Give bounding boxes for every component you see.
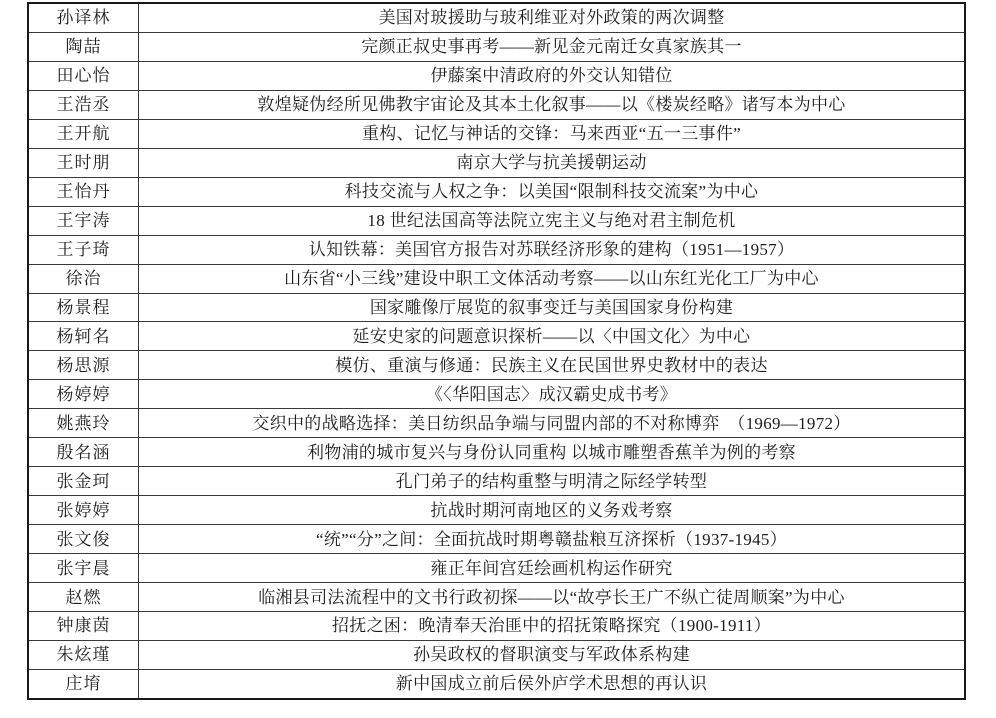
thesis-title: 新中国成立前后侯外庐学术思想的再认识 (139, 670, 964, 698)
thesis-title: 交织中的战略选择：美日纺织品争端与同盟内部的不对称博弈 （1969—1972） (139, 409, 964, 437)
table-row: 张文俊“统”“分”之间：全面抗战时期粤赣盐粮互济探析（1937-1945） (29, 525, 964, 554)
thesis-title: 模仿、重演与修通：民族主义在民国世界史教材中的表达 (139, 351, 964, 379)
thesis-title: 18 世纪法国高等法院立宪主义与绝对君主制危机 (139, 207, 964, 235)
thesis-title: 认知铁幕：美国官方报告对苏联经济形象的建构（1951—1957） (139, 236, 964, 264)
table-row: 杨轲名延安史家的问题意识探析——以〈中国文化〉为中心 (29, 322, 964, 351)
student-name: 庄堉 (29, 670, 139, 698)
student-name: 杨景程 (29, 294, 139, 322)
student-name: 张宇晨 (29, 554, 139, 582)
thesis-title: 科技交流与人权之争：以美国“限制科技交流案”为中心 (139, 178, 964, 206)
thesis-title: 山东省“小三线”建设中职工文体活动考察——以山东红光化工厂为中心 (139, 265, 964, 293)
student-name: 王宇涛 (29, 207, 139, 235)
thesis-title: 招抚之困：晚清奉天治匪中的招抚策略探究（1900-1911） (139, 612, 964, 640)
student-name: 朱炫瑾 (29, 641, 139, 669)
student-name: 孙译林 (29, 4, 139, 32)
student-name: 王子琦 (29, 236, 139, 264)
thesis-title: 雍正年间宫廷绘画机构运作研究 (139, 554, 964, 582)
table-row: 孙译林美国对玻援助与玻利维亚对外政策的两次调整 (29, 4, 964, 33)
table-row: 姚燕玲交织中的战略选择：美日纺织品争端与同盟内部的不对称博弈 （1969—197… (29, 409, 964, 438)
student-name: 徐治 (29, 265, 139, 293)
table-row: 张婷婷抗战时期河南地区的义务戏考察 (29, 496, 964, 525)
student-name: 张金珂 (29, 467, 139, 495)
student-name: 张婷婷 (29, 496, 139, 524)
student-name: 殷名涵 (29, 438, 139, 466)
table-body: 孙译林美国对玻援助与玻利维亚对外政策的两次调整陶喆完颜正叔史事再考——新见金元南… (29, 4, 964, 698)
table-row: 张金珂孔门弟子的结构重整与明清之际经学转型 (29, 467, 964, 496)
table-row: 殷名涵利物浦的城市复兴与身份认同重构 以城市雕塑香蕉羊为例的考察 (29, 438, 964, 467)
student-name: 王时朋 (29, 149, 139, 177)
table-row: 杨思源模仿、重演与修通：民族主义在民国世界史教材中的表达 (29, 351, 964, 380)
thesis-title: 伊藤案中清政府的外交认知错位 (139, 62, 964, 90)
table-row: 朱炫瑾孙吴政权的督职演变与军政体系构建 (29, 641, 964, 670)
thesis-title: 孙吴政权的督职演变与军政体系构建 (139, 641, 964, 669)
thesis-title: 美国对玻援助与玻利维亚对外政策的两次调整 (139, 4, 964, 32)
thesis-title: 完颜正叔史事再考——新见金元南迁女真家族其一 (139, 33, 964, 61)
thesis-title: 延安史家的问题意识探析——以〈中国文化〉为中心 (139, 322, 964, 350)
student-name: 杨思源 (29, 351, 139, 379)
thesis-title: 敦煌疑伪经所见佛教宇宙论及其本土化叙事——以《楼炭经略》诸写本为中心 (139, 91, 964, 119)
table-row: 赵燃临湘县司法流程中的文书行政初探——以“故亭长王广不纵亡徒周顺案”为中心 (29, 583, 964, 612)
table-row: 钟康茵招抚之困：晚清奉天治匪中的招抚策略探究（1900-1911） (29, 612, 964, 641)
table-row: 王宇涛18 世纪法国高等法院立宪主义与绝对君主制危机 (29, 207, 964, 236)
thesis-title: 南京大学与抗美援朝运动 (139, 149, 964, 177)
thesis-title: 利物浦的城市复兴与身份认同重构 以城市雕塑香蕉羊为例的考察 (139, 438, 964, 466)
student-name: 陶喆 (29, 33, 139, 61)
thesis-title: “统”“分”之间：全面抗战时期粤赣盐粮互济探析（1937-1945） (139, 525, 964, 553)
thesis-title: 孔门弟子的结构重整与明清之际经学转型 (139, 467, 964, 495)
table-row: 王时朋南京大学与抗美援朝运动 (29, 149, 964, 178)
student-name: 姚燕玲 (29, 409, 139, 437)
table-row: 杨景程国家雕像厅展览的叙事变迁与美国国家身份构建 (29, 294, 964, 323)
student-name: 杨轲名 (29, 322, 139, 350)
thesis-title: 抗战时期河南地区的义务戏考察 (139, 496, 964, 524)
table-row: 张宇晨雍正年间宫廷绘画机构运作研究 (29, 554, 964, 583)
student-name: 田心怡 (29, 62, 139, 90)
table-row: 庄堉新中国成立前后侯外庐学术思想的再认识 (29, 670, 964, 698)
student-name: 王浩丞 (29, 91, 139, 119)
table-row: 王开航重构、记忆与神话的交锋：马来西亚“五一三事件” (29, 120, 964, 149)
thesis-title: 重构、记忆与神话的交锋：马来西亚“五一三事件” (139, 120, 964, 148)
table-row: 王怡丹科技交流与人权之争：以美国“限制科技交流案”为中心 (29, 178, 964, 207)
table-row: 徐治山东省“小三线”建设中职工文体活动考察——以山东红光化工厂为中心 (29, 265, 964, 294)
student-name: 张文俊 (29, 525, 139, 553)
thesis-title: 《〈华阳国志〉成汉霸史成书考》 (139, 380, 964, 408)
student-name: 钟康茵 (29, 612, 139, 640)
thesis-title: 国家雕像厅展览的叙事变迁与美国国家身份构建 (139, 294, 964, 322)
student-name: 王开航 (29, 120, 139, 148)
table-row: 陶喆完颜正叔史事再考——新见金元南迁女真家族其一 (29, 33, 964, 62)
student-name: 杨婷婷 (29, 380, 139, 408)
table-row: 田心怡伊藤案中清政府的外交认知错位 (29, 62, 964, 91)
student-name: 王怡丹 (29, 178, 139, 206)
thesis-roster-table: 孙译林美国对玻援助与玻利维亚对外政策的两次调整陶喆完颜正叔史事再考——新见金元南… (27, 2, 966, 700)
thesis-title: 临湘县司法流程中的文书行政初探——以“故亭长王广不纵亡徒周顺案”为中心 (139, 583, 964, 611)
table-row: 王浩丞敦煌疑伪经所见佛教宇宙论及其本土化叙事——以《楼炭经略》诸写本为中心 (29, 91, 964, 120)
table-row: 杨婷婷《〈华阳国志〉成汉霸史成书考》 (29, 380, 964, 409)
table-row: 王子琦认知铁幕：美国官方报告对苏联经济形象的建构（1951—1957） (29, 236, 964, 265)
student-name: 赵燃 (29, 583, 139, 611)
